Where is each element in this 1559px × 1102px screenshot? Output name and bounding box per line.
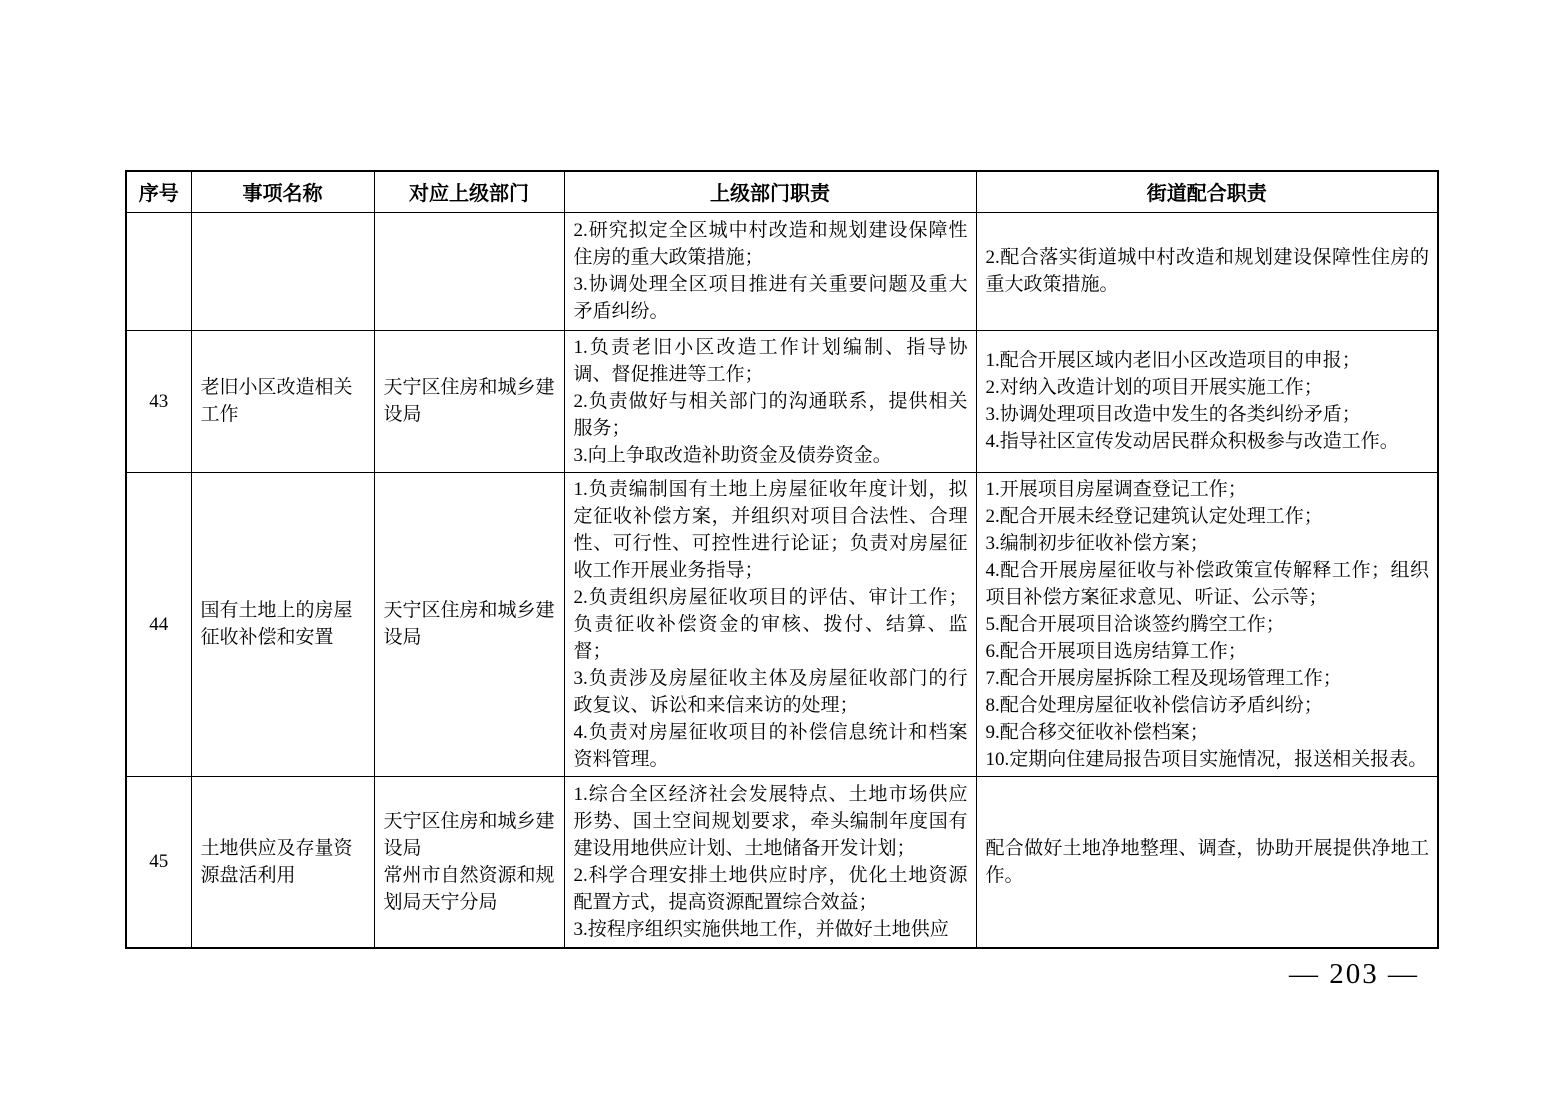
col-header-superior-duties: 上级部门职责 xyxy=(564,171,976,212)
seq-cell xyxy=(126,212,191,330)
superior-duties-cell: 1.综合全区经济社会发展特点、土地市场供应形势、国土空间规划要求，牵头编制年度国… xyxy=(564,776,976,948)
street-duties-cell: 2.配合落实街道城中村改造和规划建设保障性住房的重大政策措施。 xyxy=(976,212,1438,330)
table-header-row: 序号 事项名称 对应上级部门 上级部门职责 街道配合职责 xyxy=(126,171,1438,212)
street-duties-cell: 配合做好土地净地整理、调查，协助开展提供净地工作。 xyxy=(976,776,1438,948)
seq-cell: 44 xyxy=(126,472,191,776)
page-number: — 203 — xyxy=(1289,957,1419,991)
table-row-43: 43 老旧小区改造相关工作 天宁区住房和城乡建设局 1.负责老旧小区改造工作计划… xyxy=(126,330,1438,472)
department-cell: 天宁区住房和城乡建设局 xyxy=(374,472,564,776)
street-duties-cell: 1.开展项目房屋调查登记工作； 2.配合开展未经登记建筑认定处理工作； 3.编制… xyxy=(976,472,1438,776)
superior-duties-cell: 1.负责老旧小区改造工作计划编制、指导协调、督促推进等工作； 2.负责做好与相关… xyxy=(564,330,976,472)
seq-cell: 43 xyxy=(126,330,191,472)
document-page: 序号 事项名称 对应上级部门 上级部门职责 街道配合职责 2.研究拟定全区城中村… xyxy=(0,0,1559,1102)
col-header-superior-department: 对应上级部门 xyxy=(374,171,564,212)
superior-duties-cell: 2.研究拟定全区城中村改造和规划建设保障性住房的重大政策措施； 3.协调处理全区… xyxy=(564,212,976,330)
item-name-cell: 老旧小区改造相关工作 xyxy=(191,330,374,472)
department-cell xyxy=(374,212,564,330)
item-name-cell: 土地供应及存量资源盘活利用 xyxy=(191,776,374,948)
superior-duties-cell: 1.负责编制国有土地上房屋征收年度计划，拟定征收补偿方案，并组织对项目合法性、合… xyxy=(564,472,976,776)
item-name-cell: 国有土地上的房屋征收补偿和安置 xyxy=(191,472,374,776)
table-row-45: 45 土地供应及存量资源盘活利用 天宁区住房和城乡建设局 常州市自然资源和规划局… xyxy=(126,776,1438,948)
seq-cell: 45 xyxy=(126,776,191,948)
item-name-cell xyxy=(191,212,374,330)
table-row-continuation: 2.研究拟定全区城中村改造和规划建设保障性住房的重大政策措施； 3.协调处理全区… xyxy=(126,212,1438,330)
col-header-item-name: 事项名称 xyxy=(191,171,374,212)
table-row-44: 44 国有土地上的房屋征收补偿和安置 天宁区住房和城乡建设局 1.负责编制国有土… xyxy=(126,472,1438,776)
street-duties-cell: 1.配合开展区域内老旧小区改造项目的申报； 2.对纳入改造计划的项目开展实施工作… xyxy=(976,330,1438,472)
department-cell: 天宁区住房和城乡建设局 常州市自然资源和规划局天宁分局 xyxy=(374,776,564,948)
col-header-street-duties: 街道配合职责 xyxy=(976,171,1438,212)
department-cell: 天宁区住房和城乡建设局 xyxy=(374,330,564,472)
col-header-seq: 序号 xyxy=(126,171,191,212)
duty-table: 序号 事项名称 对应上级部门 上级部门职责 街道配合职责 2.研究拟定全区城中村… xyxy=(125,170,1439,949)
